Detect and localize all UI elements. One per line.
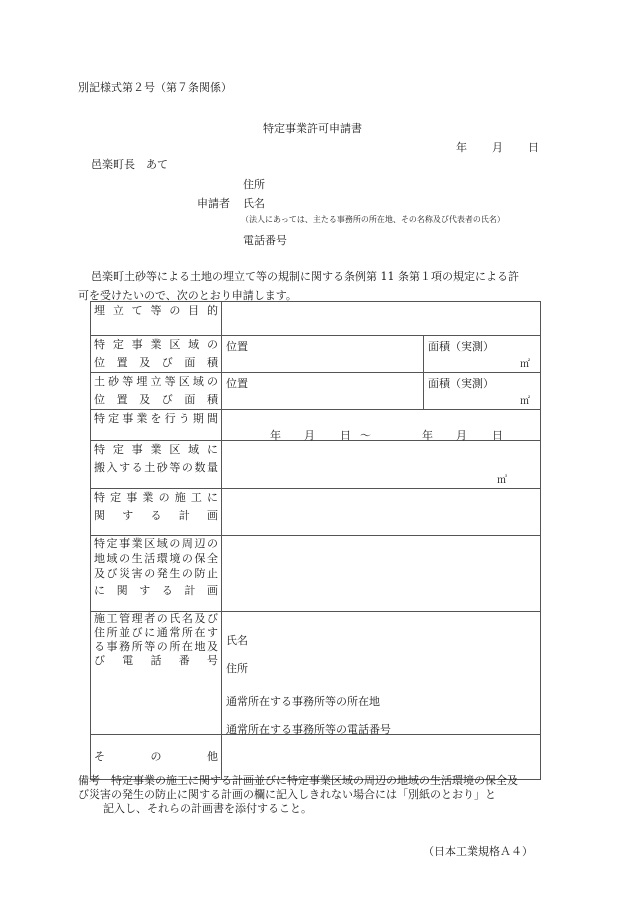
table-row-project-area: 特定事業区域の位置及び面積 位置 面積（実測）㎡ — [91, 336, 541, 373]
environment-plan-label: 特定事業区域の周辺の地域の生活環境の保全及び災害の発生の防止に関する計画 — [91, 536, 222, 612]
site-manager-field[interactable]: 氏名 住所 通常所在する事務所等の所在地 通常所在する事務所等の電話番号 — [222, 612, 541, 735]
remarks-line-3: 記入し、それらの計画書を添付すること。 — [103, 800, 312, 816]
environment-plan-field[interactable] — [222, 536, 541, 612]
corporate-note: （法人にあっては、主たる事務所の所在地、その名称及び代表者の氏名） — [241, 214, 505, 225]
form-number: 別記様式第２号（第７条関係） — [78, 79, 232, 95]
date-day-label: 日 — [528, 139, 539, 155]
date-year-label: 年 — [456, 139, 467, 155]
landfill-area-label: 土砂等埋立等区域の位置及び面積 — [91, 373, 222, 410]
form-title: 特定事業許可申請書 — [263, 120, 362, 136]
soil-quantity-field[interactable]: ㎥ — [222, 441, 541, 489]
paper-size-note: （日本工業規格Ａ４） — [423, 843, 533, 859]
period-field[interactable]: 年 月 日 ～ 年 月 日 — [222, 410, 541, 441]
construction-plan-field[interactable] — [222, 489, 541, 536]
landfill-area-field[interactable]: 面積（実測）㎡ — [424, 373, 541, 410]
project-area-field[interactable]: 面積（実測）㎡ — [424, 336, 541, 373]
applicant-address-label: 住所 — [243, 176, 265, 192]
purpose-label: 埋立て等の目的 — [91, 302, 222, 336]
table-row-soil-quantity: 特定事業区域に搬入する土砂等の数量 ㎥ — [91, 441, 541, 489]
table-row-period: 特定事業を行う期間 年 月 日 ～ 年 月 日 — [91, 410, 541, 441]
applicant-phone-label: 電話番号 — [243, 232, 287, 248]
landfill-position-field[interactable]: 位置 — [222, 373, 424, 410]
addressee: 邑楽町長 あて — [91, 156, 168, 172]
table-row-site-manager: 施工管理者の氏名及び住所並びに通常所在する事務所等の所在地及び電話番号 氏名 住… — [91, 612, 541, 735]
application-table: 埋立て等の目的 特定事業区域の位置及び面積 位置 面積（実測）㎡ 土砂等埋立等区… — [90, 301, 541, 780]
table-row-landfill-area: 土砂等埋立等区域の位置及び面積 位置 面積（実測）㎡ — [91, 373, 541, 410]
manager-address-label: 住所 — [226, 660, 248, 676]
table-row-environment-plan: 特定事業区域の周辺の地域の生活環境の保全及び災害の発生の防止に関する計画 — [91, 536, 541, 612]
table-row-purpose: 埋立て等の目的 — [91, 302, 541, 336]
table-row-construction-plan: 特定事業の施工に関する計画 — [91, 489, 541, 536]
construction-plan-label: 特定事業の施工に関する計画 — [91, 489, 222, 536]
project-area-label: 特定事業区域の位置及び面積 — [91, 336, 222, 373]
manager-name-label: 氏名 — [226, 632, 248, 648]
soil-quantity-label: 特定事業区域に搬入する土砂等の数量 — [91, 441, 222, 489]
applicant-role-label: 申請者 — [197, 195, 230, 211]
date-month-label: 月 — [492, 139, 503, 155]
period-label: 特定事業を行う期間 — [91, 410, 222, 441]
applicant-name-label: 氏名 — [243, 195, 265, 211]
project-position-field[interactable]: 位置 — [222, 336, 424, 373]
purpose-field[interactable] — [222, 302, 541, 336]
office-location-label: 通常所在する事務所等の所在地 — [226, 693, 380, 709]
site-manager-label: 施工管理者の氏名及び住所並びに通常所在する事務所等の所在地及び電話番号 — [91, 612, 222, 735]
intro-line-1: 邑楽町土砂等による土地の埋立て等の規制に関する条例第 11 条第１項の規定による… — [91, 268, 519, 284]
